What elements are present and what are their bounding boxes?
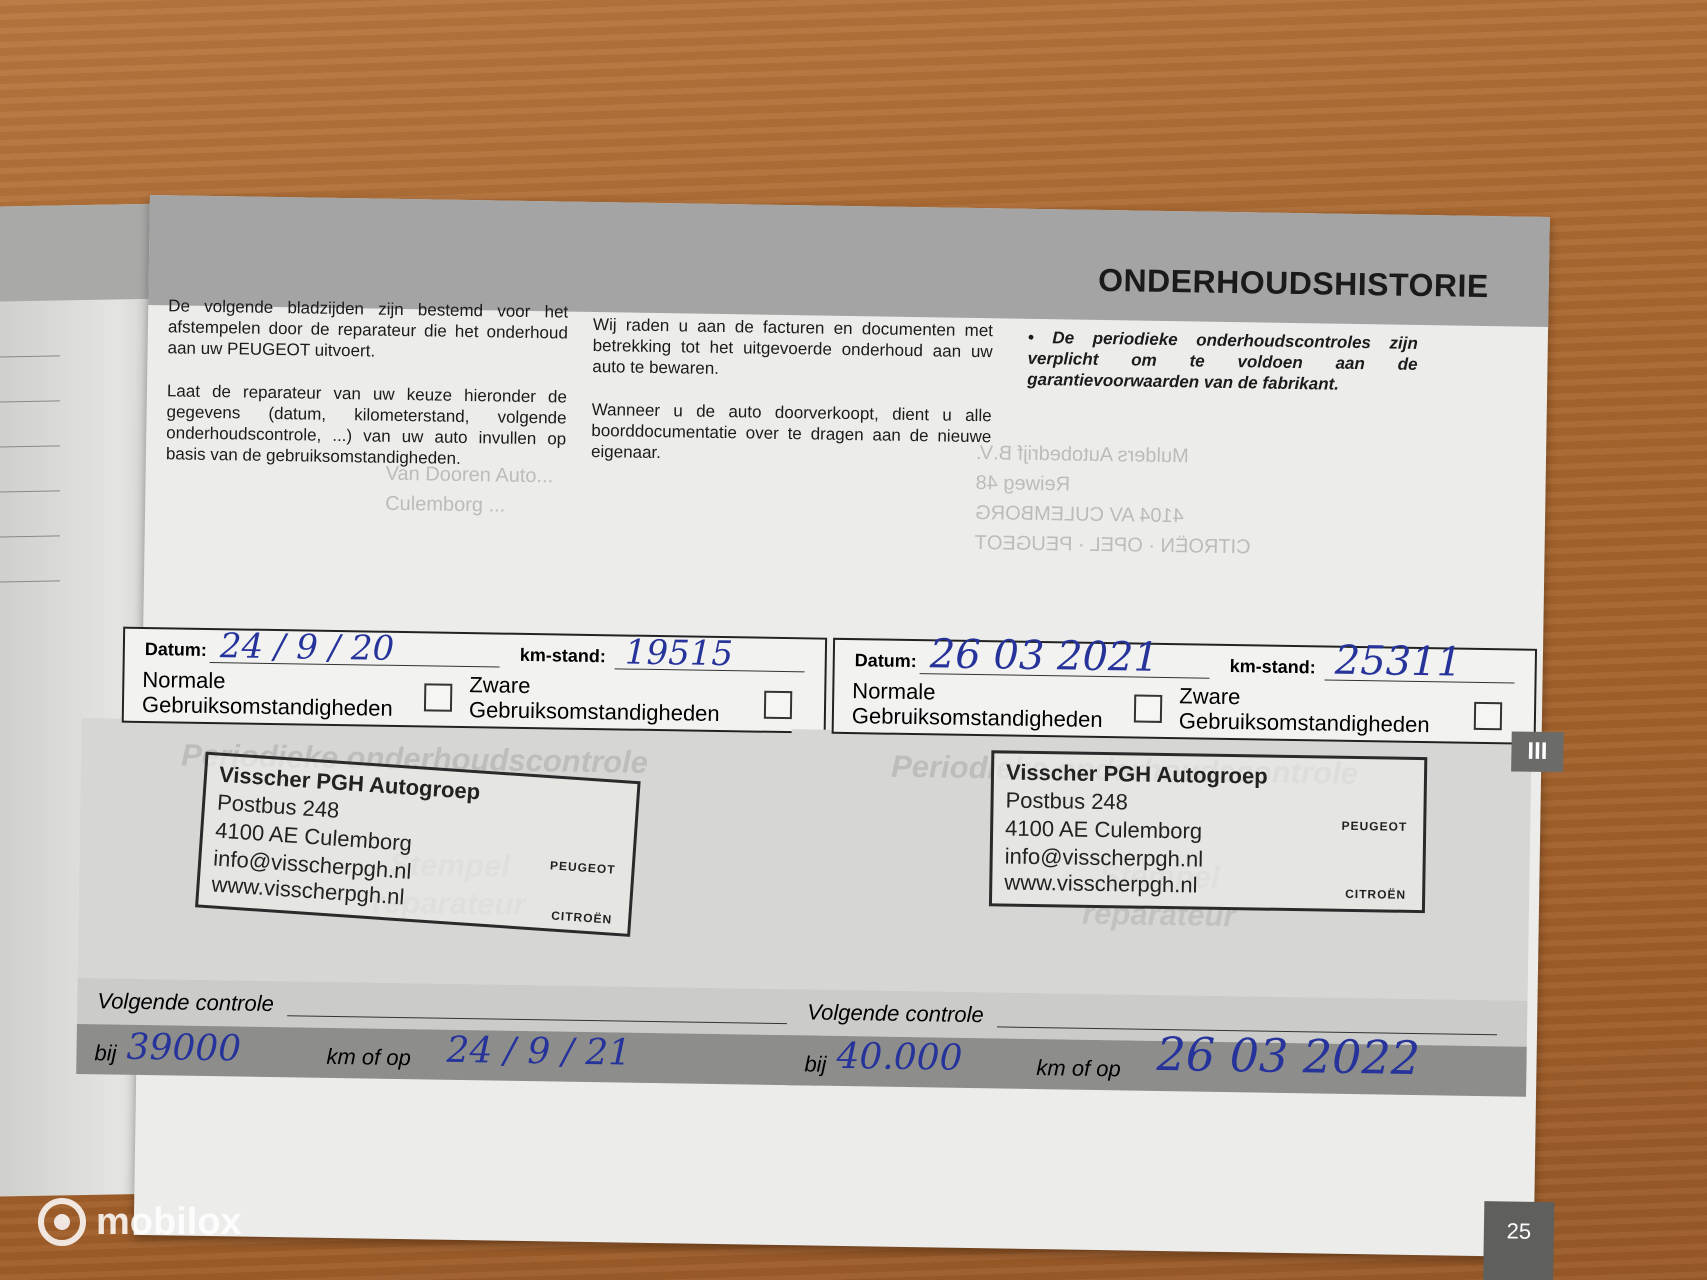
km-of-op-label: km of op [1036, 1055, 1121, 1082]
next-km-value[interactable]: 39000 [126, 1027, 241, 1070]
datum-value[interactable]: 24 / 9 / 20 [220, 626, 395, 669]
watermark: mobilox [38, 1198, 242, 1246]
bleed-through-stamp-right: Mulders Autobedrijf B.V. Reiweg 48 4104 … [974, 438, 1252, 562]
left-page-line [0, 445, 60, 447]
stamp-line: Postbus 248 [1005, 788, 1128, 816]
bij-label: bij [804, 1051, 826, 1077]
date-km-bar: Datum: 26 03 2021 km-stand: 25311 Normal… [832, 638, 1537, 745]
maintenance-entry-1: Datum: 24 / 9 / 20 km-stand: 19515 Norma… [116, 627, 823, 1098]
peugeot-logo-text: PEUGEOT [1341, 819, 1407, 834]
stamp-name: Visscher PGH Autogroep [1006, 760, 1268, 790]
km-stand-value[interactable]: 19515 [625, 633, 734, 675]
normale-checkbox[interactable] [424, 683, 452, 711]
next-date-value[interactable]: 26 03 2022 [1156, 1027, 1420, 1085]
booklet-page: ONDERHOUDSHISTORIE De volgende bladzijde… [134, 195, 1550, 1257]
intro-paragraph: De volgende bladzijden zijn bestemd voor… [167, 295, 568, 364]
mobilox-logo-icon [38, 1198, 86, 1246]
km-stand-value[interactable]: 25311 [1334, 638, 1462, 686]
next-date-value[interactable]: 24 / 9 / 21 [446, 1030, 631, 1074]
intro-paragraph: Wanneer u de auto doorverkoopt, dient u … [591, 399, 992, 468]
left-page-header-band [0, 204, 170, 302]
citroen-logo-text: CITROËN [551, 909, 613, 927]
citroen-logo-text: CITROËN [1345, 887, 1406, 902]
bij-label: bij [94, 1040, 116, 1066]
intro-paragraph: Laat de reparateur van uw keuze hieronde… [166, 380, 567, 470]
zware-label: Zware Gebruiksomstandigheden [1179, 683, 1450, 737]
date-km-bar: Datum: 24 / 9 / 20 km-stand: 19515 Norma… [122, 627, 827, 734]
intro-column-2: Wij raden u aan de facturen en documente… [591, 314, 994, 490]
zware-label: Zware Gebruiksomstandigheden [469, 672, 740, 726]
bleed-through-stamp-left: Van Dooren Auto... Culemborg ... [385, 459, 553, 522]
km-stand-label: km-stand: [1230, 656, 1316, 678]
datum-label: Datum: [145, 639, 207, 661]
datum-label: Datum: [855, 650, 917, 672]
next-service-row: bij 40.000 km of op 26 03 2022 [786, 1035, 1527, 1097]
volgende-controle-label: Volgende controle [97, 988, 274, 1017]
normale-label: Normale Gebruiksomstandigheden [142, 667, 403, 721]
normale-checkbox[interactable] [1134, 695, 1162, 723]
left-page-line [0, 400, 60, 402]
volgende-underline [287, 1015, 787, 1024]
zware-checkbox[interactable] [764, 691, 792, 719]
km-stand-label: km-stand: [520, 645, 606, 667]
intro-paragraph: Wij raden u aan de facturen en documente… [592, 314, 993, 383]
stamp-line: info@visscherpgh.nl [1005, 844, 1204, 873]
maintenance-entry-2: Datum: 26 03 2021 km-stand: 25311 Normal… [826, 638, 1533, 1109]
peugeot-logo-text: PEUGEOT [550, 858, 616, 876]
page-number: 25 [1483, 1201, 1554, 1280]
left-page-line [0, 535, 60, 537]
dealer-stamp: Visscher PGH Autogroep Postbus 248 4100 … [195, 752, 641, 937]
volgende-controle-label: Volgende controle [807, 999, 984, 1028]
normale-label: Normale Gebruiksomstandigheden [852, 678, 1113, 732]
watermark-text: mobilox [96, 1201, 242, 1244]
next-km-value[interactable]: 40.000 [836, 1036, 963, 1079]
left-page-line [0, 580, 60, 582]
stamp-line: www.visscherpgh.nl [1004, 870, 1198, 899]
page-title: ONDERHOUDSHISTORIE [1098, 262, 1489, 305]
intro-bullet: • De periodieke onderhoudscontroles zijn… [1027, 327, 1418, 396]
dealer-stamp: Visscher PGH Autogroep Postbus 248 4100 … [989, 750, 1427, 913]
km-of-op-label: km of op [326, 1044, 411, 1071]
zware-checkbox[interactable] [1474, 702, 1502, 730]
stamp-line: 4100 AE Culemborg [1005, 816, 1202, 845]
left-page-line [0, 355, 60, 357]
left-page-line [0, 490, 60, 492]
next-service-row: bij 39000 km of op 24 / 9 / 21 [76, 1024, 817, 1086]
section-tab: III [1511, 731, 1564, 772]
datum-value[interactable]: 26 03 2021 [930, 631, 1160, 681]
intro-column-3: • De periodieke onderhoudscontroles zijn… [1027, 327, 1418, 418]
